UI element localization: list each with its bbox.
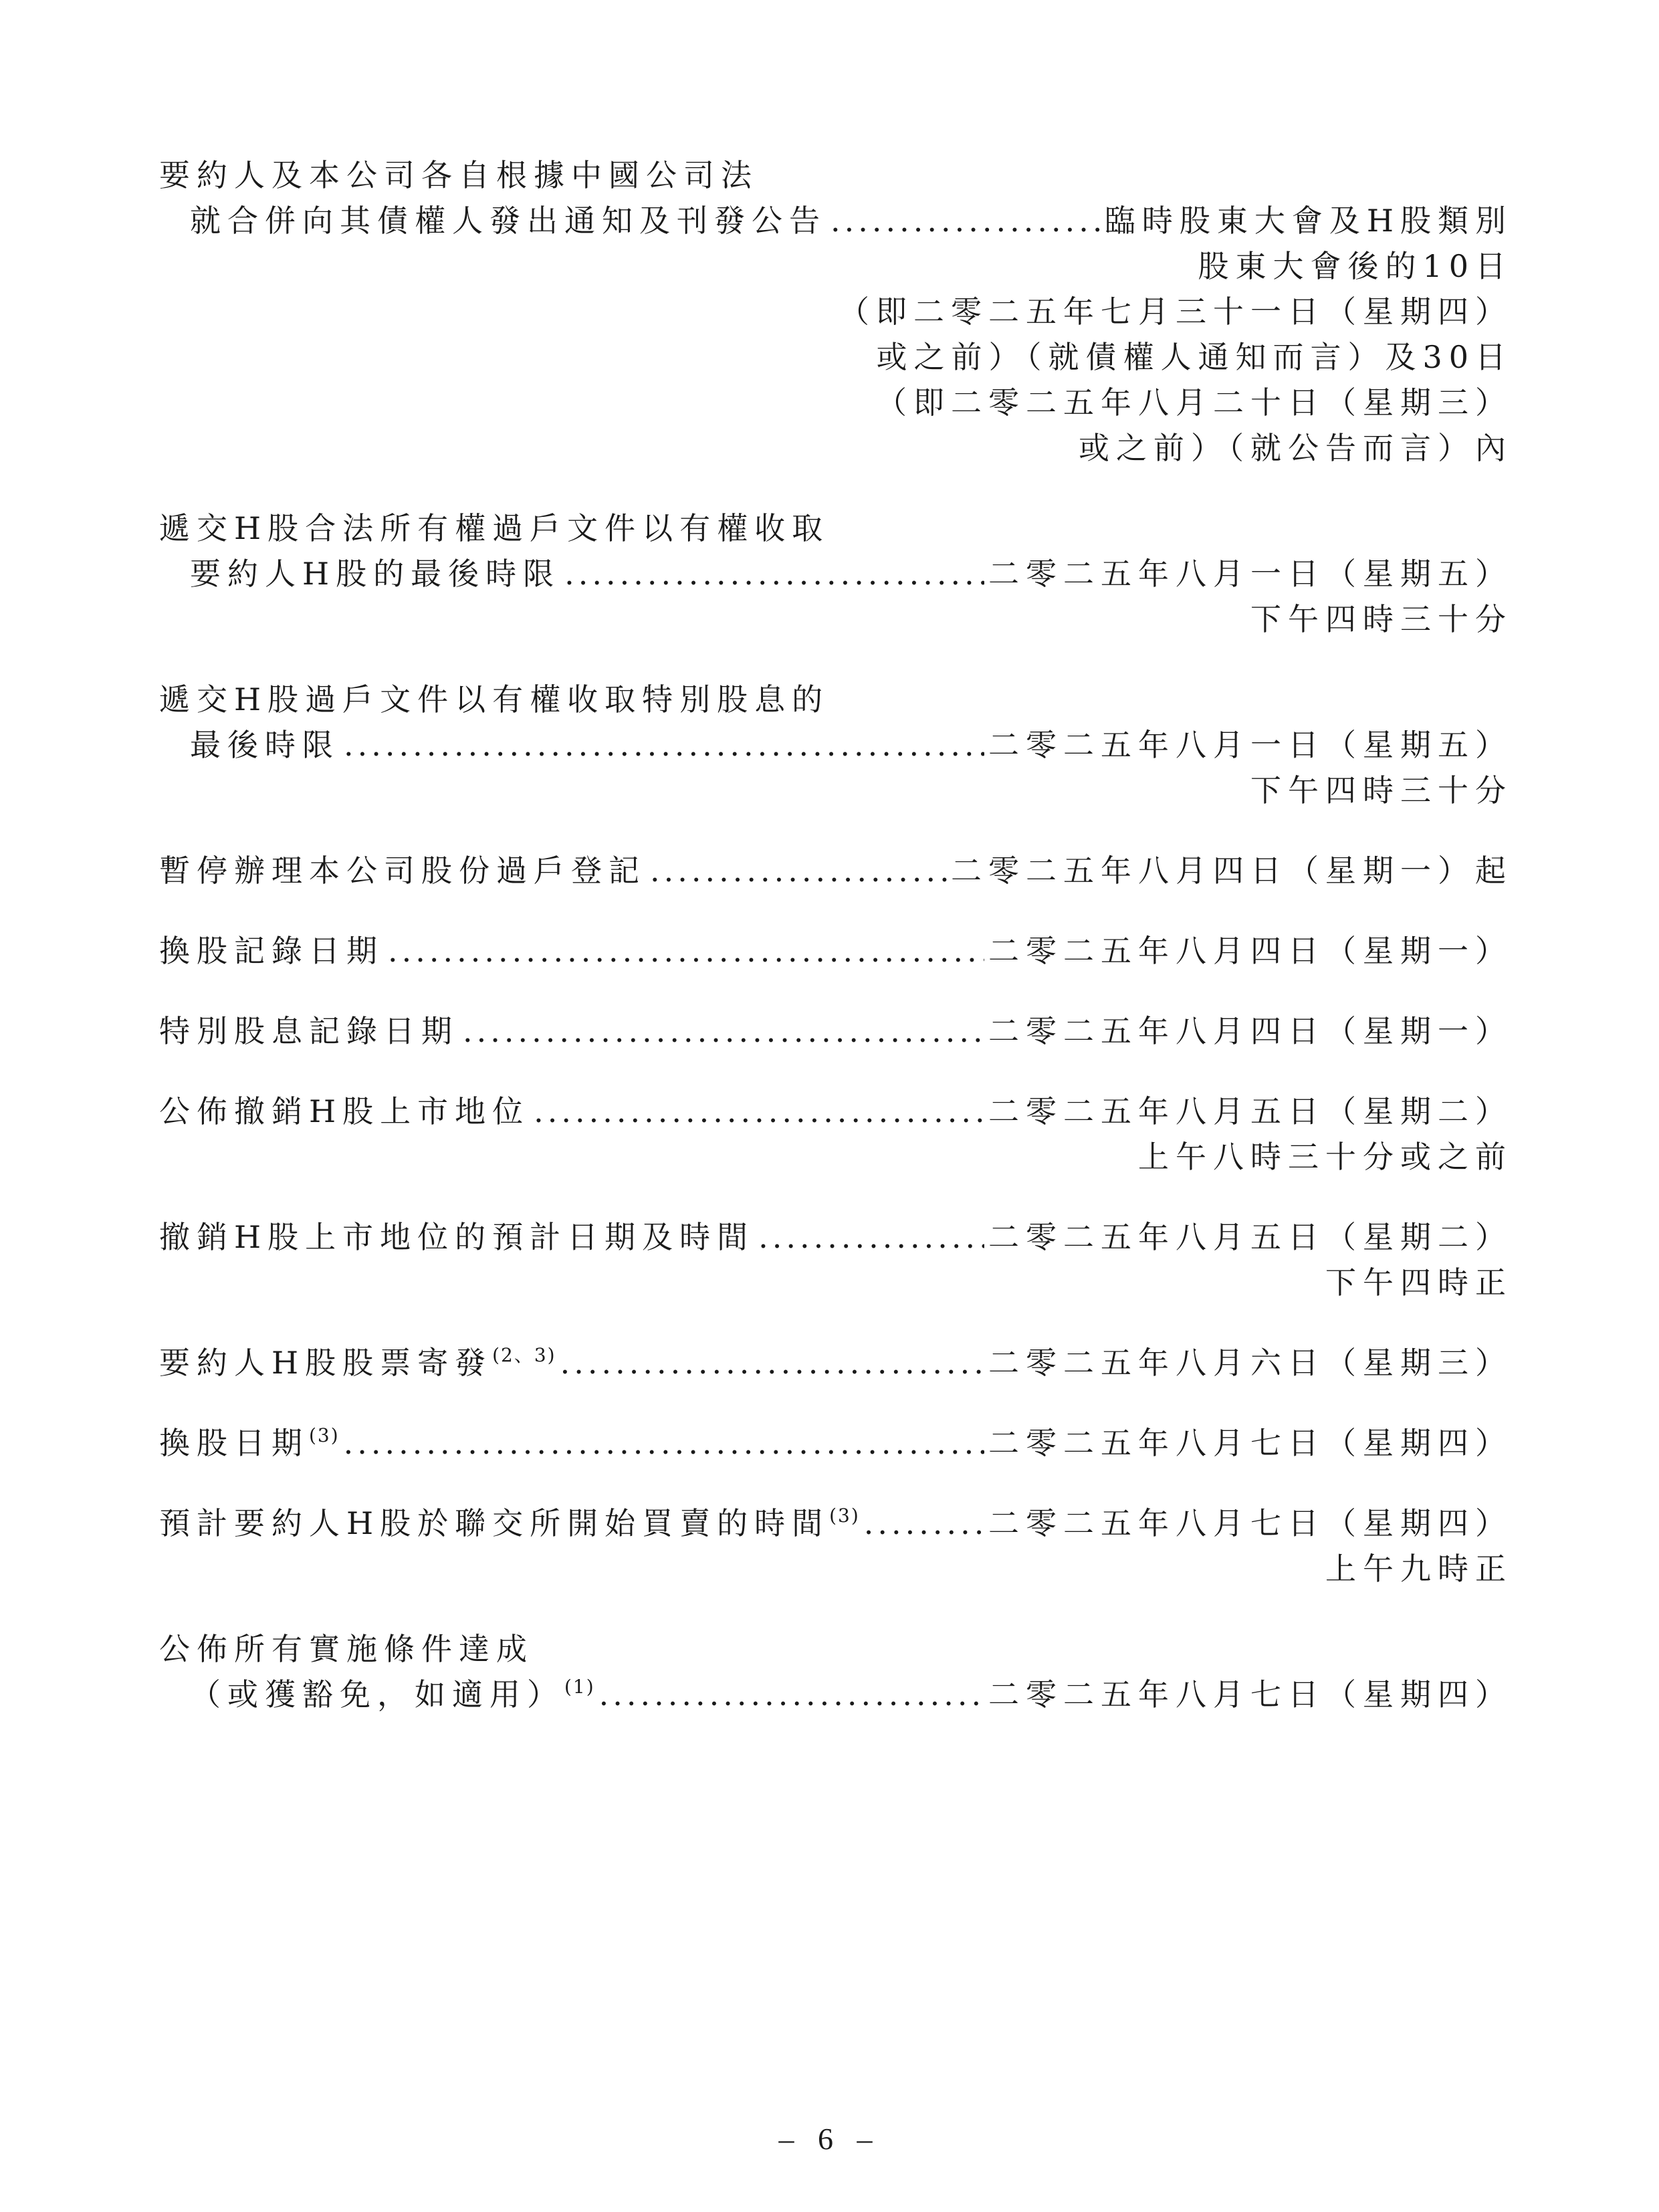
entry-label: 最後時限 [190, 722, 340, 768]
timetable-entry: 換股日期(3) 二零二五年八月七日（星期四） [159, 1420, 1513, 1466]
entry-label: 就合併向其債權人發出通知及刊發公告 [190, 198, 826, 243]
entry-label: 要約人及本公司各自根據中國公司法 [159, 152, 758, 198]
entry-label-line: 要約人及本公司各自根據中國公司法 [159, 152, 1513, 198]
entry-value: 二零二五年八月五日（星期二） [988, 1089, 1513, 1134]
entry-main-line: 就合併向其債權人發出通知及刊發公告 臨時股東大會及H股類別 [159, 198, 1513, 243]
dot-leader [534, 1089, 984, 1134]
entry-value-continuation: 上午八時三十分或之前 [159, 1134, 1513, 1180]
entry-value-continuation: 股東大會後的10日 [159, 243, 1513, 289]
entry-value-continuation: 或之前）（就債權人通知而言）及30日 [159, 334, 1513, 380]
dot-leader [758, 1214, 984, 1260]
entry-value-continuation: 下午四時正 [159, 1260, 1513, 1305]
timetable-entry: 遞交H股合法所有權過戶文件以有權收取 要約人H股的最後時限 二零二五年八月一日（… [159, 506, 1513, 642]
entry-label-text: 要約人H股股票寄發 [159, 1345, 492, 1381]
entry-label: 換股記錄日期 [159, 928, 384, 974]
footnote-reference: (2、3) [492, 1344, 556, 1366]
entry-value: 二零二五年八月六日（星期三） [988, 1340, 1513, 1386]
entry-main-line: 要約人H股的最後時限 二零二五年八月一日（星期五） [159, 551, 1513, 596]
page-number: – 6 – [0, 2121, 1659, 2156]
entry-value: 二零二五年八月四日（星期一） [988, 1008, 1513, 1054]
timetable-entry: 要約人H股股票寄發(2、3) 二零二五年八月六日（星期三） [159, 1340, 1513, 1386]
entry-label-line: 公佈所有實施條件達成 [159, 1626, 1513, 1672]
entry-value-continuation: （即二零二五年八月二十日（星期三） [159, 380, 1513, 425]
entry-label-line: 遞交H股過戶文件以有權收取特別股息的 [159, 677, 1513, 722]
entry-label: 特別股息記錄日期 [159, 1008, 459, 1054]
dot-leader [344, 1420, 984, 1466]
entry-value-continuation: 或之前）（就公告而言）內 [159, 425, 1513, 471]
entry-label: （或獲豁免，如適用）(1) [190, 1672, 595, 1717]
entry-main-line: 暫停辦理本公司股份過戶登記 二零二五年八月四日（星期一）起 [159, 848, 1513, 893]
timetable-entry: 要約人及本公司各自根據中國公司法 就合併向其債權人發出通知及刊發公告 臨時股東大… [159, 152, 1513, 471]
entry-label: 預計要約人H股於聯交所開始買賣的時間(3) [159, 1501, 860, 1546]
dot-leader [599, 1672, 984, 1717]
timetable-entry: 特別股息記錄日期 二零二五年八月四日（星期一） [159, 1008, 1513, 1054]
dot-leader [564, 551, 984, 596]
timetable-entry: 公佈撤銷H股上市地位 二零二五年八月五日（星期二） 上午八時三十分或之前 [159, 1089, 1513, 1180]
dot-leader [388, 928, 984, 974]
entry-value: 二零二五年八月七日（星期四） [988, 1420, 1513, 1466]
entry-label: 遞交H股過戶文件以有權收取特別股息的 [159, 677, 829, 722]
timetable: 要約人及本公司各自根據中國公司法 就合併向其債權人發出通知及刊發公告 臨時股東大… [159, 152, 1513, 1752]
entry-label-text: （或獲豁免，如適用） [190, 1676, 564, 1712]
entry-value-continuation: （即二零二五年七月三十一日（星期四） [159, 289, 1513, 334]
dot-leader [650, 848, 947, 893]
entry-value-continuation: 上午九時正 [159, 1546, 1513, 1591]
footnote-reference: (3) [829, 1505, 860, 1527]
entry-label-text: 換股日期 [159, 1425, 309, 1461]
entry-value: 二零二五年八月五日（星期二） [988, 1214, 1513, 1260]
timetable-entry: 預計要約人H股於聯交所開始買賣的時間(3) 二零二五年八月七日（星期四） 上午九… [159, 1501, 1513, 1591]
timetable-entry: 遞交H股過戶文件以有權收取特別股息的 最後時限 二零二五年八月一日（星期五） 下… [159, 677, 1513, 813]
timetable-entry: 換股記錄日期 二零二五年八月四日（星期一） [159, 928, 1513, 974]
entry-label: 遞交H股合法所有權過戶文件以有權收取 [159, 506, 829, 551]
timetable-entry: 撤銷H股上市地位的預計日期及時間 二零二五年八月五日（星期二） 下午四時正 [159, 1214, 1513, 1305]
timetable-entry: 公佈所有實施條件達成 （或獲豁免，如適用）(1) 二零二五年八月七日（星期四） [159, 1626, 1513, 1717]
dot-leader [344, 722, 984, 768]
footnote-reference: (3) [309, 1424, 340, 1446]
entry-label: 要約人H股股票寄發(2、3) [159, 1340, 556, 1386]
entry-label: 公佈撤銷H股上市地位 [159, 1089, 530, 1134]
entry-label: 換股日期(3) [159, 1420, 340, 1466]
entry-value: 二零二五年八月四日（星期一） [988, 928, 1513, 974]
entry-main-line: 最後時限 二零二五年八月一日（星期五） [159, 722, 1513, 768]
entry-value: 臨時股東大會及H股類別 [1105, 198, 1513, 243]
entry-main-line: （或獲豁免，如適用）(1) 二零二五年八月七日（星期四） [159, 1672, 1513, 1717]
entry-main-line: 換股日期(3) 二零二五年八月七日（星期四） [159, 1420, 1513, 1466]
entry-label-line: 遞交H股合法所有權過戶文件以有權收取 [159, 506, 1513, 551]
dot-leader [560, 1340, 984, 1386]
entry-main-line: 特別股息記錄日期 二零二五年八月四日（星期一） [159, 1008, 1513, 1054]
entry-value: 二零二五年八月四日（星期一）起 [951, 848, 1513, 893]
entry-main-line: 撤銷H股上市地位的預計日期及時間 二零二五年八月五日（星期二） [159, 1214, 1513, 1260]
entry-value: 二零二五年八月七日（星期四） [988, 1672, 1513, 1717]
dot-leader [831, 198, 1101, 243]
entry-value: 二零二五年八月一日（星期五） [988, 722, 1513, 768]
timetable-entry: 暫停辦理本公司股份過戶登記 二零二五年八月四日（星期一）起 [159, 848, 1513, 893]
entry-label: 公佈所有實施條件達成 [159, 1626, 534, 1672]
dot-leader [463, 1008, 984, 1054]
entry-value-continuation: 下午四時三十分 [159, 596, 1513, 642]
entry-main-line: 公佈撤銷H股上市地位 二零二五年八月五日（星期二） [159, 1089, 1513, 1134]
entry-value: 二零二五年八月一日（星期五） [988, 551, 1513, 596]
entry-value: 二零二五年八月七日（星期四） [988, 1501, 1513, 1546]
entry-label-text: 預計要約人H股於聯交所開始買賣的時間 [159, 1505, 829, 1541]
entry-label: 暫停辦理本公司股份過戶登記 [159, 848, 646, 893]
entry-value-continuation: 下午四時三十分 [159, 768, 1513, 813]
entry-label: 撤銷H股上市地位的預計日期及時間 [159, 1214, 754, 1260]
entry-main-line: 預計要約人H股於聯交所開始買賣的時間(3) 二零二五年八月七日（星期四） [159, 1501, 1513, 1546]
entry-main-line: 要約人H股股票寄發(2、3) 二零二五年八月六日（星期三） [159, 1340, 1513, 1386]
footnote-reference: (1) [564, 1676, 595, 1698]
entry-label: 要約人H股的最後時限 [190, 551, 560, 596]
dot-leader [864, 1501, 984, 1546]
entry-main-line: 換股記錄日期 二零二五年八月四日（星期一） [159, 928, 1513, 974]
